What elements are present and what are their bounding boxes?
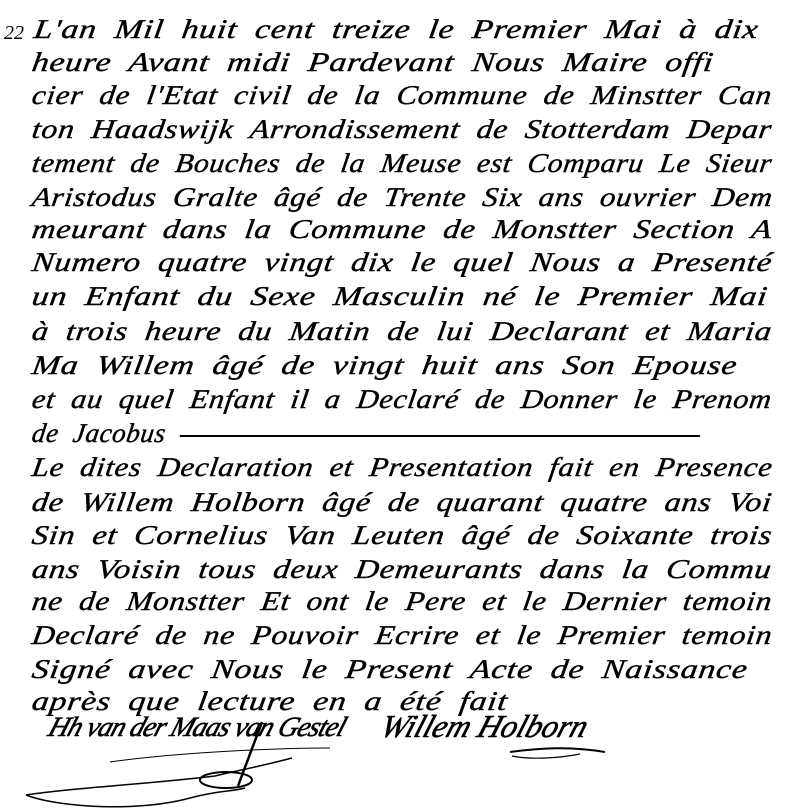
document-page: 22 L'an Mil huit cent treize le Premier …: [0, 0, 800, 812]
record-line: tement de Bouches de la Meuse est Compar…: [30, 148, 774, 179]
record-line: L'an Mil huit cent treize le Premier Mai…: [32, 14, 761, 45]
record-number: 22: [4, 22, 24, 45]
record-line: ton Haadswijk Arrondissement de Stotterd…: [30, 114, 774, 145]
record-line-text: de Jacobus: [30, 418, 168, 448]
record-line: Ma Willem âgé de vingt huit ans Son Epou…: [30, 350, 740, 381]
record-line: cier de l'Etat civil de la Commune de Mi…: [30, 80, 774, 111]
record-line: ne de Monstter Et ont le Pere et le Dern…: [30, 586, 774, 617]
record-line: Aristodus Gralte âgé de Trente Six ans o…: [30, 182, 775, 213]
signature-witness: Willem Holborn: [376, 708, 593, 745]
fill-rule: [179, 435, 699, 437]
record-line: et au quel Enfant il a Declaré de Donner…: [30, 384, 774, 415]
record-line: meurant dans la Commune de Monstter Sect…: [30, 214, 774, 245]
record-line: ans Voisin tous deux Demeurants dans la …: [30, 554, 774, 585]
record-line: à trois heure du Matin de lui Declarant …: [30, 316, 774, 347]
record-line: Numero quatre vingt dix le quel Nous a P…: [30, 247, 774, 278]
record-line: Sin et Cornelius Van Leuten âgé de Soixa…: [30, 520, 774, 551]
signature-block: Hh van der Maas van Gestel Willem Holbor…: [0, 700, 800, 812]
signature-mayor: Hh van der Maas van Gestel: [44, 712, 350, 744]
record-line: heure Avant midi Pardevant Nous Maire of…: [30, 47, 716, 78]
record-line: Declaré de ne Pouvoir Ecrire et le Premi…: [30, 620, 775, 651]
record-line: de Willem Holborn âgé de quarant quatre …: [30, 487, 774, 518]
record-line: Signé avec Nous le Present Acte de Naiss…: [30, 654, 750, 685]
record-line: un Enfant du Sexe Masculin né le Premier…: [30, 281, 770, 312]
record-line: Le dites Declaration et Presentation fai…: [30, 452, 775, 483]
record-line-with-rule: de Jacobus: [30, 418, 702, 449]
